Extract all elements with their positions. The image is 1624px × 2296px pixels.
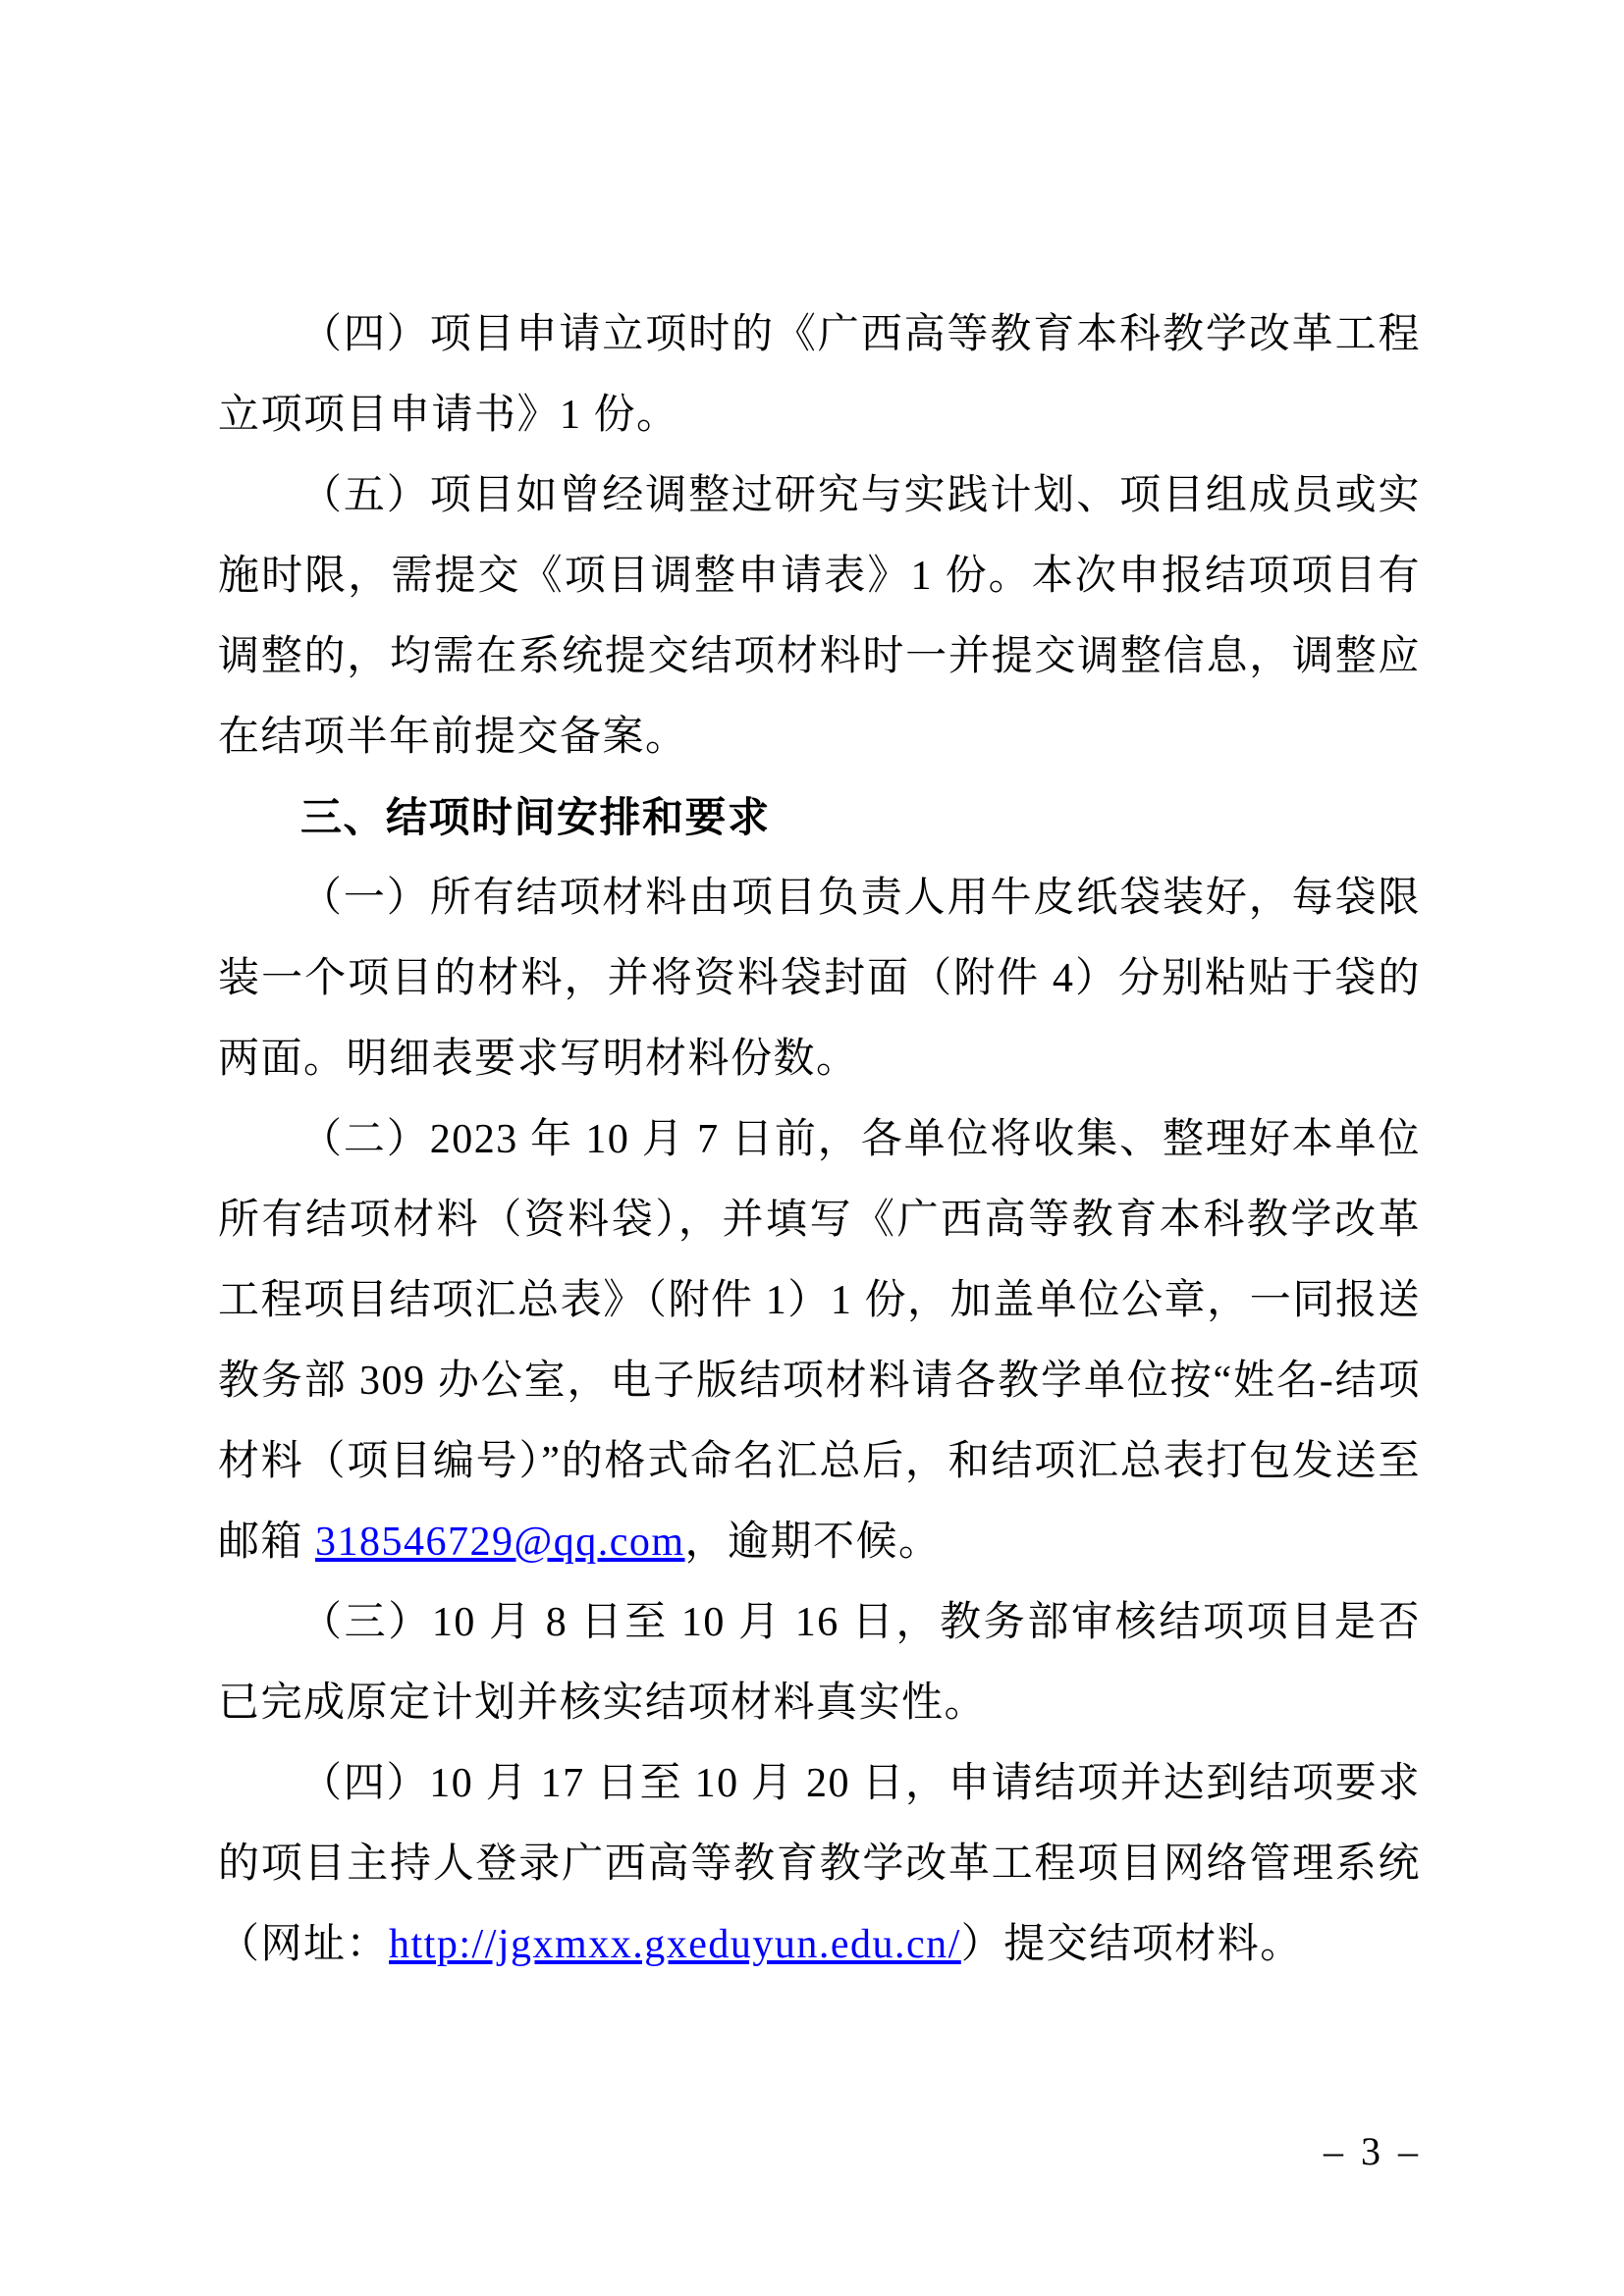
document-body: （四）项目申请立项时的《广西高等教育本科教学改革工程立项项目申请书》1 份。 （…: [218, 294, 1421, 1985]
paragraph-item-er-tail: ，逾期不候。: [685, 1520, 942, 1565]
system-url-link[interactable]: http://jgxmxx.gxeduyun.edu.cn/: [389, 1922, 961, 1967]
paragraph-item-san: （三）10 月 8 日至 10 月 16 日，教务部审核结项项目是否已完成原定计…: [218, 1582, 1421, 1743]
paragraph-item-si-2-tail: ）提交结项材料。: [961, 1922, 1303, 1967]
paragraph-item-er-text: （二）2023 年 10 月 7 日前，各单位将收集、整理好本单位所有结项材料（…: [218, 1117, 1421, 1565]
paragraph-item-wu: （五）项目如曾经调整过研究与实践计划、项目组成员或实施时限，需提交《项目调整申请…: [218, 455, 1421, 777]
paragraph-item-si: （四）项目申请立项时的《广西高等教育本科教学改革工程立项项目申请书》1 份。: [218, 294, 1421, 455]
document-page: （四）项目申请立项时的《广西高等教育本科教学改革工程立项项目申请书》1 份。 （…: [0, 0, 1624, 2296]
email-link[interactable]: 318546729@qq.com: [315, 1520, 685, 1565]
paragraph-item-si-2: （四）10 月 17 日至 10 月 20 日，申请结项并达到结项要求的项目主持…: [218, 1743, 1421, 1985]
page-number: – 3 –: [1324, 2128, 1422, 2175]
paragraph-item-yi: （一）所有结项材料由项目负责人用牛皮纸袋装好，每袋限装一个项目的材料，并将资料袋…: [218, 858, 1421, 1099]
paragraph-item-er: （二）2023 年 10 月 7 日前，各单位将收集、整理好本单位所有结项材料（…: [218, 1099, 1421, 1582]
section-heading: 三、结项时间安排和要求: [218, 777, 1421, 858]
